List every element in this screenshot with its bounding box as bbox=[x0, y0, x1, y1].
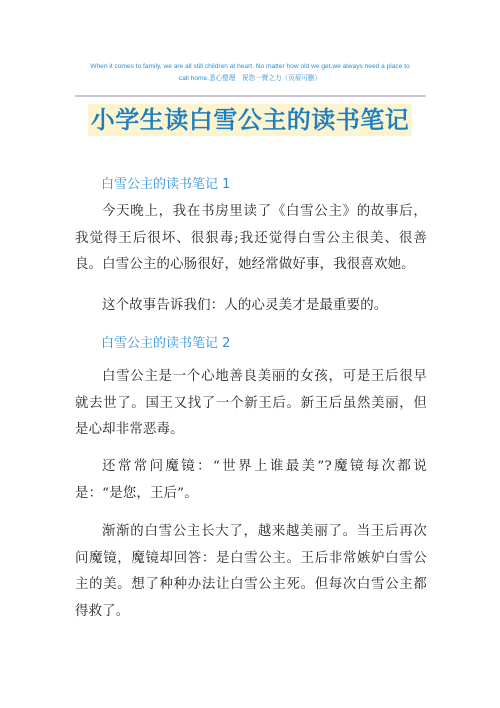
header-line-2: call home.悉心整理 祝您一臂之力（页眉可删） bbox=[72, 73, 428, 85]
section-heading-2: 白雪公主的读书笔记 2 bbox=[101, 335, 230, 353]
header-line-1: When it comes to family, we are all stil… bbox=[72, 61, 428, 73]
section-heading-1: 白雪公主的读书笔记 1 bbox=[101, 176, 230, 194]
paragraph-2-3: 渐渐的白雪公主长大了，越来越美丽了。当王后再次问魔镜，魔镜却回答：是白雪公主。王… bbox=[75, 519, 427, 625]
title-container: 小学生读白雪公主的读书笔记 bbox=[0, 104, 500, 136]
page-header: When it comes to family, we are all stil… bbox=[72, 61, 428, 85]
paragraph-2-2: 还常常问魔镜：“世界上谁最美”?魔镜每次都说是：“是您，王后”。 bbox=[75, 454, 427, 507]
paragraph-1-2: 这个故事告诉我们：人的心灵美才是最重要的。 bbox=[75, 293, 427, 320]
document-title: 小学生读白雪公主的读书笔记 bbox=[88, 104, 413, 136]
document-page: When it comes to family, we are all stil… bbox=[0, 0, 500, 708]
paragraph-1-1: 今天晚上，我在书房里读了《白雪公主》的故事后，我觉得王后很坏、很狠毒;我还觉得白… bbox=[75, 199, 427, 279]
header-divider bbox=[75, 95, 426, 97]
paragraph-2-1: 白雪公主是一个心地善良美丽的女孩，可是王后很早就去世了。国王又找了一个新王后。新… bbox=[75, 364, 427, 444]
